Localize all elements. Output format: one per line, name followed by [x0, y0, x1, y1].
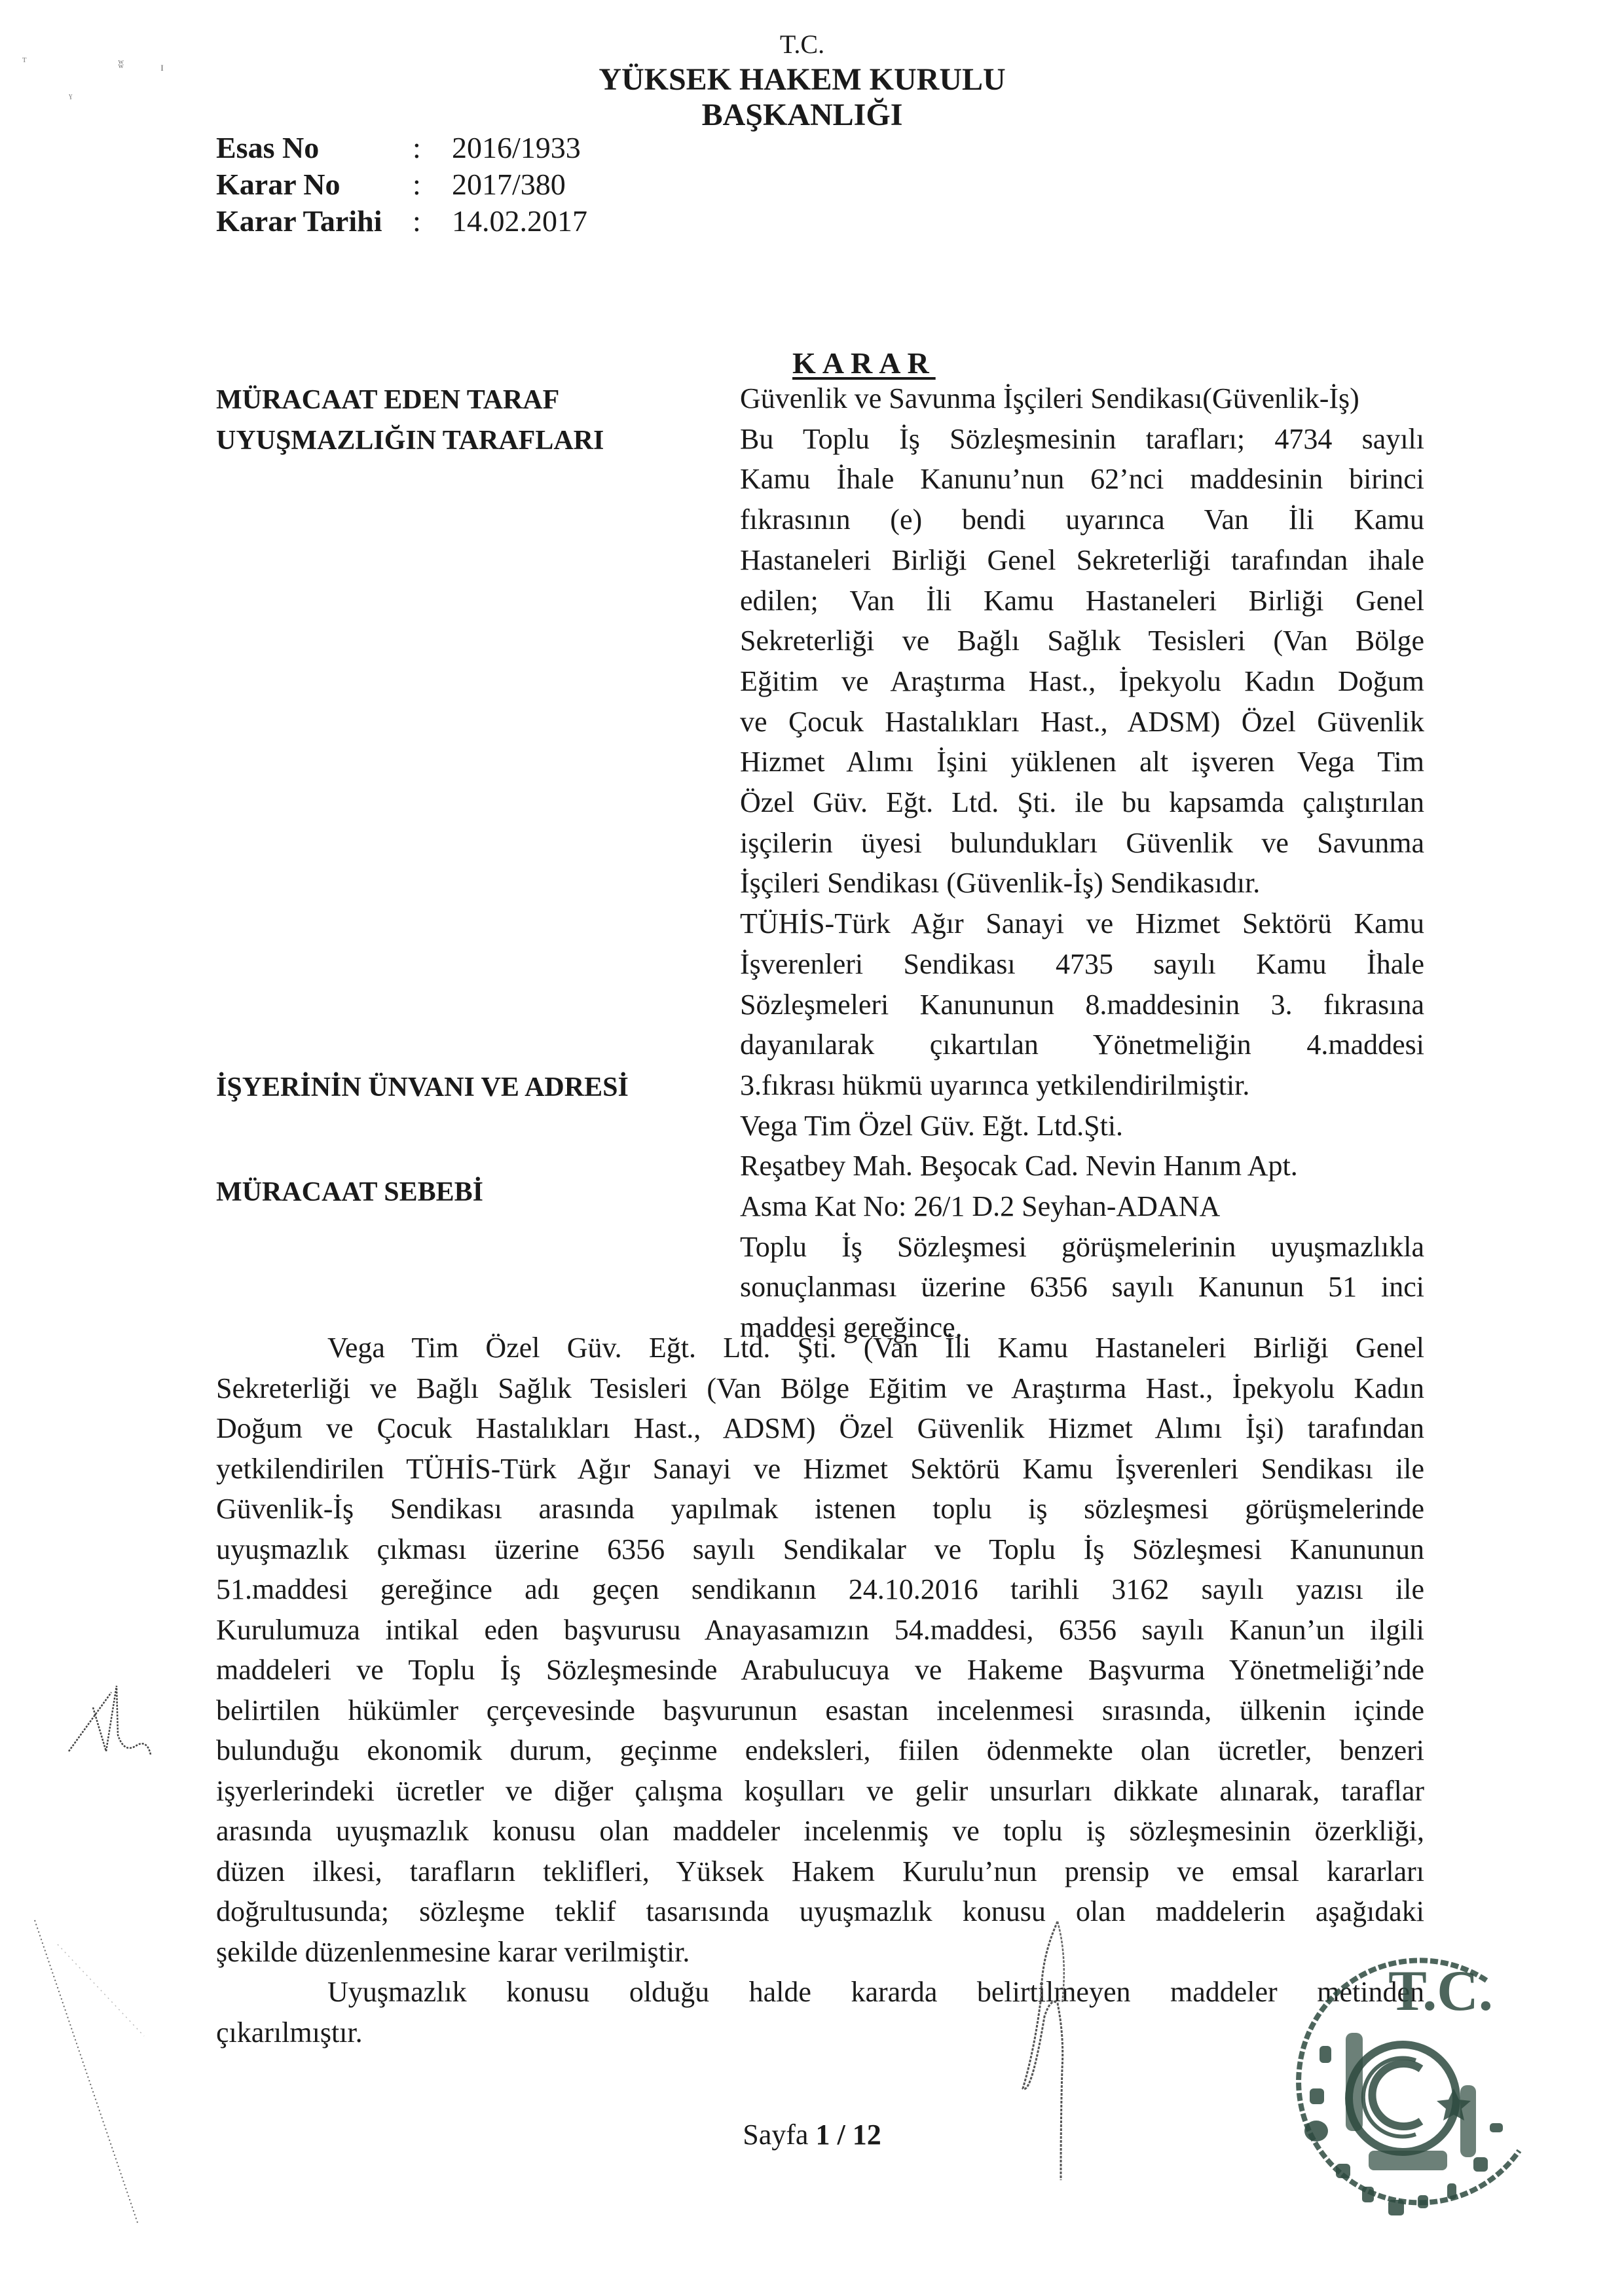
- reason-line: Toplu İş Sözleşmesi görüşmelerinin uyuşm…: [740, 1227, 1424, 1267]
- parties-line: Kamu İhale Kanunu’nun 62’nci maddesinin …: [740, 459, 1424, 500]
- meta-row-karar-no: Karar No : 2017/380: [216, 166, 587, 203]
- header-tc: T.C.: [0, 27, 1614, 62]
- meta-label: Karar No: [216, 166, 413, 203]
- institution-header: T.C. YÜKSEK HAKEM KURULU BAŞKANLIĞI: [0, 27, 1624, 132]
- body-line: yetkilendirilen TÜHİS-Türk Ağır Sanayi v…: [216, 1449, 1424, 1489]
- parties-line: ve Çocuk Hastalıkları Hast., ADSM) Özel …: [740, 702, 1424, 742]
- page-prefix: Sayfa: [743, 2119, 808, 2151]
- parties-line: 3.fıkrası hükmü uyarınca yetkilendirilmi…: [740, 1065, 1424, 1106]
- workplace-line: Reşatbey Mah. Beşocak Cad. Nevin Hanım A…: [740, 1146, 1424, 1186]
- official-seal-icon: T.C.: [1264, 1954, 1539, 2229]
- body-line: işyerlerindeki ücretler ve diğer çalışma…: [216, 1771, 1424, 1812]
- meta-row-esas: Esas No : 2016/1933: [216, 130, 587, 166]
- decision-body: Vega Tim Özel Güv. Eğt. Ltd. Şti. (Van İ…: [216, 1328, 1424, 2052]
- body-line: Uyuşmazlık konusu olduğu halde kararda b…: [216, 1972, 1424, 2013]
- workplace-text: Vega Tim Özel Güv. Eğt. Ltd.Şti. Reşatbe…: [740, 1106, 1424, 1227]
- body-line: Doğum ve Çocuk Hastalıkları Hast., ADSM)…: [216, 1408, 1424, 1449]
- meta-colon: :: [413, 203, 452, 240]
- workplace-line: Asma Kat No: 26/1 D.2 Seyhan-ADANA: [740, 1186, 1424, 1227]
- meta-value: 2017/380: [452, 166, 566, 203]
- body-line: bulunduğu ekonomik durum, geçinme endeks…: [216, 1730, 1424, 1771]
- body-line: 51.maddesi gereğince adı geçen sendikanı…: [216, 1569, 1424, 1610]
- label-applicant: MÜRACAAT EDEN TARAF: [216, 380, 559, 420]
- body-line: düzen ilkesi, tarafların teklifleri, Yük…: [216, 1851, 1424, 1892]
- label-parties: UYUŞMAZLIĞIN TARAFLARI: [216, 420, 604, 461]
- page-current: 1: [815, 2119, 830, 2151]
- parties-line: TÜHİS-Türk Ağır Sanayi ve Hizmet Sektörü…: [740, 903, 1424, 944]
- reason-line: sonuçlanması üzerine 6356 sayılı Kanunun…: [740, 1267, 1424, 1307]
- label-reason: MÜRACAAT SEBEBİ: [216, 1172, 483, 1212]
- page-separator: /: [837, 2119, 845, 2151]
- svg-text:T.C.: T.C.: [1388, 1959, 1493, 2023]
- body-line: uyuşmazlık çıkması üzerine 6356 sayılı S…: [216, 1529, 1424, 1570]
- parties-line: Sözleşmeleri Kanununun 8.maddesinin 3. f…: [740, 985, 1424, 1025]
- workplace-line: Vega Tim Özel Güv. Eğt. Ltd.Şti.: [740, 1106, 1424, 1146]
- signature-icon: [1015, 1918, 1094, 2193]
- meta-colon: :: [413, 130, 452, 166]
- body-line: şekilde düzenlenmesine karar verilmiştir…: [216, 1932, 1424, 1973]
- parties-line: edilen; Van İli Kamu Hastaneleri Birliği…: [740, 581, 1424, 621]
- body-line: Güvenlik-İş Sendikası arasında yapılmak …: [216, 1489, 1424, 1529]
- parties-line: Özel Güv. Eğt. Ltd. Şti. ile bu kapsamda…: [740, 782, 1424, 823]
- parties-line: fıkrasının (e) bendi uyarınca Van İli Ka…: [740, 500, 1424, 540]
- signature-initials-icon: [65, 1683, 157, 1774]
- decision-title: KARAR: [792, 346, 936, 380]
- sections-values: Güvenlik ve Savunma İşçileri Sendikası(G…: [740, 378, 1424, 1348]
- label-workplace: İŞYERİNİN ÜNVANI VE ADRESİ: [216, 1067, 629, 1108]
- scan-line-mark: [33, 1918, 144, 2246]
- header-presidency: BAŞKANLIĞI: [0, 98, 1614, 132]
- body-line: arasında uyuşmazlık konusu olan maddeler…: [216, 1811, 1424, 1851]
- body-line: Vega Tim Özel Güv. Eğt. Ltd. Şti. (Van İ…: [216, 1328, 1424, 1368]
- meta-colon: :: [413, 166, 452, 203]
- body-line: Kurulumuza intikal eden başvurusu Anayas…: [216, 1610, 1424, 1650]
- case-meta: Esas No : 2016/1933 Karar No : 2017/380 …: [216, 130, 587, 240]
- body-paragraph-2: Uyuşmazlık konusu olduğu halde kararda b…: [216, 1972, 1424, 2052]
- body-line: belirtilen hükümler çerçevesinde başvuru…: [216, 1690, 1424, 1731]
- parties-line: işçilerin üyesi bulundukları Güvenlik ve…: [740, 823, 1424, 864]
- header-institution: YÜKSEK HAKEM KURULU: [0, 63, 1614, 97]
- parties-line: Sekreterliği ve Bağlı Sağlık Tesisleri (…: [740, 621, 1424, 661]
- meta-label: Esas No: [216, 130, 413, 166]
- parties-line: İşverenleri Sendikası 4735 sayılı Kamu İ…: [740, 944, 1424, 985]
- body-paragraph-1: Vega Tim Özel Güv. Eğt. Ltd. Şti. (Van İ…: [216, 1328, 1424, 1972]
- parties-line: Bu Toplu İş Sözleşmesinin tarafları; 473…: [740, 419, 1424, 460]
- parties-text: Bu Toplu İş Sözleşmesinin tarafları; 473…: [740, 419, 1424, 1106]
- page-total: 12: [853, 2119, 881, 2151]
- body-line: maddeleri ve Toplu İş Sözleşmesinde Arab…: [216, 1650, 1424, 1690]
- parties-line: dayanılarak çıkartılan Yönetmeliğin 4.ma…: [740, 1025, 1424, 1065]
- meta-label: Karar Tarihi: [216, 203, 413, 240]
- meta-row-karar-tarihi: Karar Tarihi : 14.02.2017: [216, 203, 587, 240]
- parties-line: Eğitim ve Araştırma Hast., İpekyolu Kadı…: [740, 661, 1424, 702]
- parties-line: Hastaneleri Birliği Genel Sekreterliği t…: [740, 540, 1424, 581]
- body-line: Sekreterliği ve Bağlı Sağlık Tesisleri (…: [216, 1368, 1424, 1409]
- parties-line: İşçileri Sendikası (Güvenlik-İş) Sendika…: [740, 863, 1424, 903]
- applicant-value: Güvenlik ve Savunma İşçileri Sendikası(G…: [740, 378, 1424, 419]
- meta-value: 2016/1933: [452, 130, 581, 166]
- meta-value: 14.02.2017: [452, 203, 587, 240]
- body-line: çıkarılmıştır.: [216, 2013, 1424, 2053]
- parties-line: Hizmet Alımı İşini yüklenen alt işveren …: [740, 742, 1424, 782]
- body-line: doğrultusunda; sözleşme teklif tasarısın…: [216, 1891, 1424, 1932]
